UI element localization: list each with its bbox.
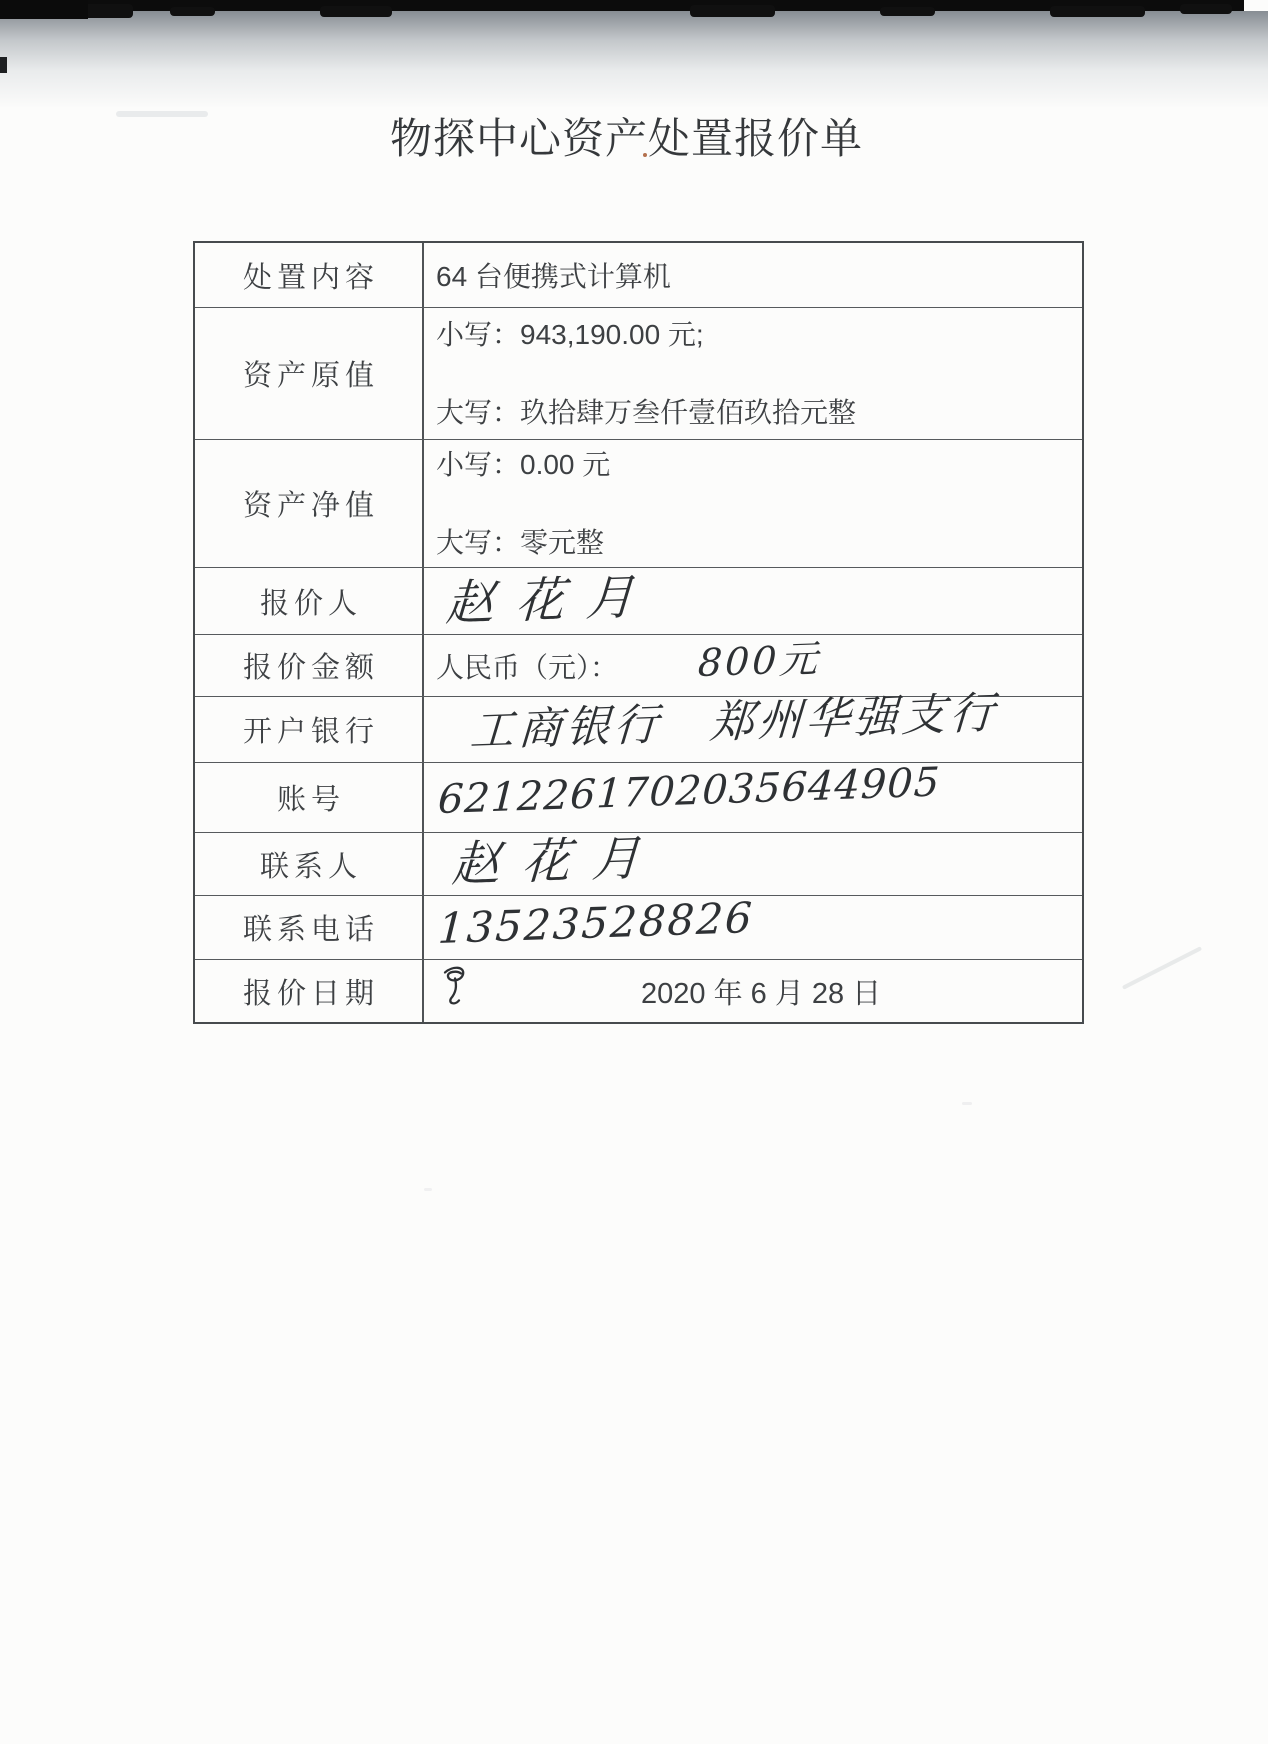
handwritten-signature: 赵花月 xyxy=(451,834,663,889)
row-label: 报价金额 xyxy=(195,635,424,696)
scan-tick-artifact xyxy=(0,57,7,73)
scan-speck-artifact xyxy=(424,1188,432,1191)
scan-blob-artifact xyxy=(1050,6,1145,17)
table-row-account-number: 账号 6212261702035644905 xyxy=(195,762,1082,832)
table-row-quote-amount: 报价金额 人民币（元）： 800元 xyxy=(195,634,1082,696)
scan-blob-artifact xyxy=(1180,4,1232,14)
row-value-cell: 工商银行 郑州华强支行 xyxy=(424,697,1082,762)
handwritten-account-number: 6212261702035644905 xyxy=(437,762,941,820)
scan-speck-artifact xyxy=(962,1102,972,1105)
printed-value-numeric: 小写：0.00 元 xyxy=(436,447,610,483)
handwritten-bank-name: 工商银行 郑州华强支行 xyxy=(469,691,999,754)
row-label: 处置内容 xyxy=(195,243,424,307)
row-label: 账号 xyxy=(195,763,424,832)
scan-blob-artifact xyxy=(320,6,392,17)
table-row-asset-original-value: 资产原值 小写：943,190.00 元; 大写：玖拾肆万叁仟壹佰玖拾元整 xyxy=(195,307,1082,439)
printed-value-numeric: 小写：943,190.00 元; xyxy=(436,317,704,353)
table-row-disposal-content: 处置内容 64 台便携式计算机 xyxy=(195,243,1082,307)
row-value-cell: 64 台便携式计算机 xyxy=(424,243,1082,307)
printed-value: 64 台便携式计算机 xyxy=(436,255,671,295)
row-label: 联系电话 xyxy=(195,896,424,959)
row-label: 报价日期 xyxy=(195,960,424,1022)
scan-smudge-artifact xyxy=(116,111,208,117)
handwritten-amount: 800元 xyxy=(697,639,821,681)
row-label: 开户银行 xyxy=(195,697,424,762)
quotation-table: 处置内容 64 台便携式计算机 资产原值 小写：943,190.00 元; 大写… xyxy=(193,241,1084,1024)
row-value-cell: 赵花月 xyxy=(424,833,1082,895)
table-row-asset-net-value: 资产净值 小写：0.00 元 大写：零元整 xyxy=(195,439,1082,567)
table-row-bank: 开户银行 工商银行 郑州华强支行 xyxy=(195,696,1082,762)
scan-streak-artifact xyxy=(1122,946,1202,990)
printed-value-capital: 大写：零元整 xyxy=(436,525,604,561)
scan-corner-artifact xyxy=(0,0,88,19)
table-row-quoter: 报价人 赵花月 xyxy=(195,567,1082,634)
table-row-contact-person: 联系人 赵花月 xyxy=(195,832,1082,895)
printed-value: 人民币（元）： xyxy=(436,646,618,686)
row-value-cell: 小写：0.00 元 大写：零元整 xyxy=(424,440,1082,567)
scan-blob-artifact xyxy=(170,7,215,16)
handwritten-phone-number: 13523528826 xyxy=(437,896,755,949)
page-title: 物探中心资产处置报价单 xyxy=(390,117,863,163)
row-value-cell: 小写：943,190.00 元; 大写：玖拾肆万叁仟壹佰玖拾元整 xyxy=(424,308,1082,439)
row-value-cell: 人民币（元）： 800元 xyxy=(424,635,1082,696)
printed-date: 2020 年 6 月 28 日 xyxy=(641,971,881,1012)
row-value-cell: 赵花月 xyxy=(424,568,1082,634)
handwritten-mark xyxy=(438,963,476,1016)
scan-blob-artifact xyxy=(880,7,935,16)
row-label: 资产净值 xyxy=(195,440,424,567)
handwritten-signature: 赵花月 xyxy=(445,573,657,628)
table-row-quote-date: 报价日期 2020 年 6 月 28 日 xyxy=(195,959,1082,1022)
row-value-cell: 2020 年 6 月 28 日 xyxy=(424,960,1082,1022)
row-value-cell: 13523528826 xyxy=(424,896,1082,959)
row-label: 报价人 xyxy=(195,568,424,634)
scan-gradient-artifact xyxy=(0,11,1268,107)
row-label: 资产原值 xyxy=(195,308,424,439)
row-value-cell: 6212261702035644905 xyxy=(424,763,1082,832)
row-label: 联系人 xyxy=(195,833,424,895)
scanned-document-page: 物探中心资产处置报价单 处置内容 64 台便携式计算机 资产原值 小写：943,… xyxy=(0,0,1268,1744)
scan-blob-artifact xyxy=(690,5,775,17)
table-row-contact-phone: 联系电话 13523528826 xyxy=(195,895,1082,959)
printed-value-capital: 大写：玖拾肆万叁仟壹佰玖拾元整 xyxy=(436,395,856,431)
